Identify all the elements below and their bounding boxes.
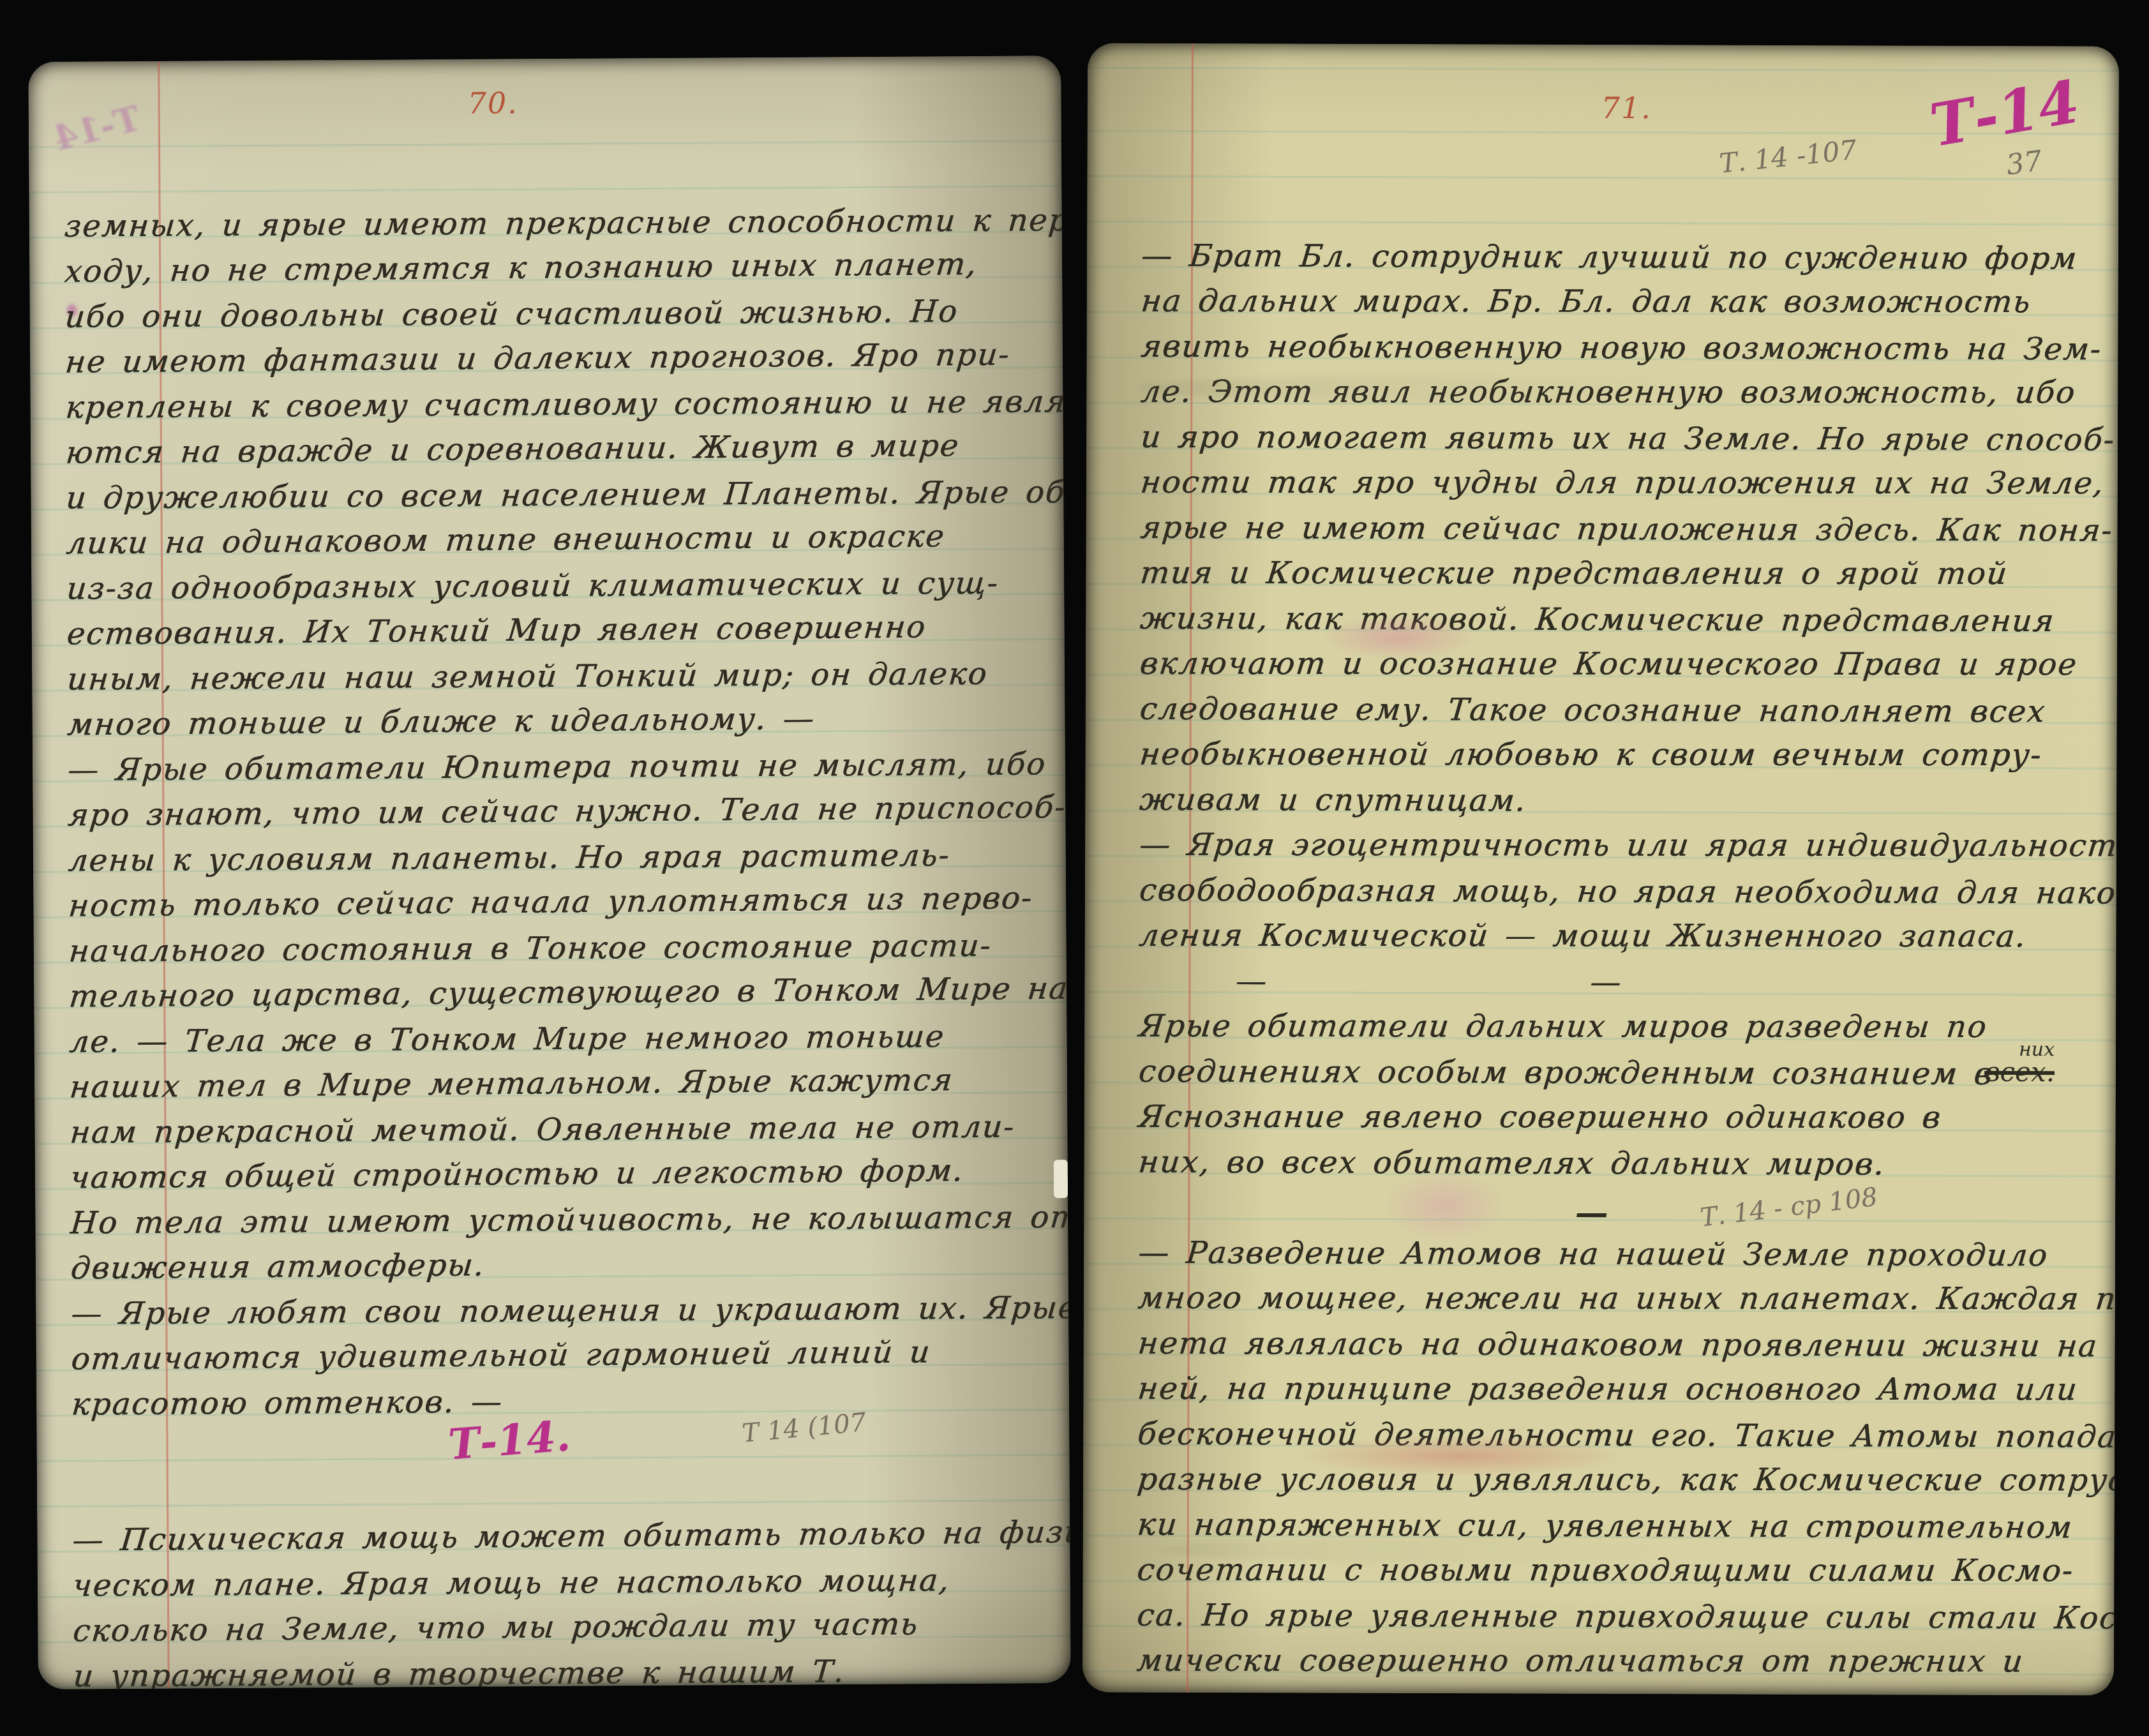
handwriting-line: нета являлась на одинаковом проявлении ж… [1135, 1322, 2097, 1371]
handwriting-line: явить необыкновенную новую возможность н… [1139, 325, 2100, 374]
handwriting-line: ле. — Тела же в Тонком Мире немного тонь… [68, 1015, 1029, 1066]
handwriting-right-column: — Брат Бл. сотрудник лучший по суждению … [1137, 235, 2099, 1688]
handwriting-line: живам и спутницам. [1137, 779, 2099, 827]
archive-pencil-note: Т. 14 -107 [1718, 134, 1859, 179]
handwriting-line: яро знают, что им сейчас нужно. Тела не … [66, 786, 1028, 839]
paragraph-dash: — [1573, 1193, 1612, 1232]
handwriting-line: не имеют фантазии и далеких прогнозов. Я… [63, 333, 1025, 386]
handwriting-line: ности так яро чудны для приложения их на… [1138, 461, 2100, 508]
handwriting-line: тельного царства, существующего в Тонком… [67, 968, 1029, 1021]
handwriting-line [1136, 1186, 2099, 1233]
handwriting-line: ле. Этот явил необыкновенную возможность… [1139, 371, 2101, 417]
handwriting-line: жизни, как таковой. Космические представ… [1138, 597, 2099, 646]
handwriting-line: са. Но ярые уявленные привходящие силы с… [1135, 1594, 2096, 1643]
struck-word: всех. [1914, 1058, 2055, 1087]
handwriting-line: креплены к своему счастливому состоянию … [64, 380, 1025, 431]
handwriting-line: Но тела эти имеют устойчивость, не колыш… [68, 1196, 1030, 1247]
ink-transfer-ghost-mark: Т-14 [52, 96, 142, 159]
handwriting-line: Яснознание явлено совершенно одинаково в [1136, 1096, 2099, 1142]
correction-insertion: них всех. [1914, 1042, 2055, 1087]
handwriting-line: — Разведение Атомов на нашей Земле прохо… [1136, 1232, 2097, 1280]
handwriting-line: наших тел в Мире ментальном. Ярые кажутс… [68, 1058, 1030, 1111]
handwriting-line: ки напряженных сил, уявленных на строите… [1135, 1504, 2097, 1552]
notebook-page-right: 71. Т-14 Т. 14 -107 37 — Брат Бл. сотруд… [1082, 43, 2119, 1695]
handwriting-line: них, во всех обитателях дальних миров. [1136, 1141, 2097, 1190]
handwriting-line: нам прекрасной мечтой. Оявленные тела не… [68, 1105, 1030, 1156]
handwriting-line: бесконечной деятельности его. Такие Атом… [1135, 1413, 2097, 1462]
handwriting-line: — Психическая мощь может обитать только … [70, 1511, 1032, 1564]
handwriting-line [70, 1468, 1031, 1519]
handwriting-line: сколько на Земле, что мы рождали ту част… [71, 1602, 1033, 1655]
handwriting-line: сочетании с новыми привходящими силами К… [1135, 1549, 2097, 1596]
handwriting-line: движения атмосферы. [68, 1239, 1030, 1292]
t14-marker-stamp: Т-14 [1925, 67, 2085, 160]
handwriting-line: иным, нежели наш земной Тонкий мир; он д… [65, 652, 1026, 703]
handwriting-line: следование ему. Такое осознание наполняе… [1138, 688, 2099, 737]
handwriting-line: ность только сейчас начала уплотняться и… [66, 877, 1028, 930]
handwriting-line: и упражняемой в творчестве к нашим Т. [71, 1649, 1033, 1689]
handwriting-line: ления Космической — мощи Жизненного запа… [1137, 915, 2099, 961]
handwriting-line: чаются общей стройностью и легкостью фор… [68, 1149, 1030, 1202]
handwriting-line: начального состояния в Тонкое состояние … [67, 924, 1028, 975]
handwriting-line: земных, и ярые имеют прекрасные способно… [63, 199, 1024, 250]
handwriting-line: ярые не имеют сейчас приложения здесь. К… [1138, 507, 2099, 555]
handwriting-line: включают и осознание Космического Права … [1137, 643, 2100, 689]
handwriting-line: ествования. Их Тонкий Мир явлен совершен… [64, 605, 1026, 658]
handwriting-line: ческом плане. Ярая мощь не настолько мощ… [71, 1559, 1032, 1610]
handwriting-left-column: земных, и ярые имеют прекрасные способно… [64, 199, 1031, 1689]
handwriting-line: необыкновенной любовью к своим вечным со… [1137, 733, 2100, 780]
handwriting-line: ются на вражде и соревновании. Живут в м… [64, 424, 1026, 477]
handwriting-line: лены к условиям планеты. Но ярая растите… [66, 834, 1028, 885]
notebook-page-left: Т-14 70. земных, и ярые имеют прекрасные… [28, 56, 1071, 1689]
handwriting-line: отличаются удивительной гармонией линий … [69, 1330, 1031, 1383]
handwriting-line: разные условия и уявлялись, как Космичес… [1135, 1458, 2097, 1505]
page-number-71: 71. [1601, 91, 1652, 125]
handwriting-line: много тоньше и ближе к идеальному. — [65, 696, 1027, 749]
handwriting-line: — Ярые любят свои помещения и украшают и… [69, 1287, 1030, 1338]
paper-tear [1054, 1160, 1068, 1198]
handwriting-line: и яро помогает явить их на Земле. Но яры… [1139, 416, 2100, 465]
handwriting-line: лики на одинаковом типе внешности и окра… [64, 514, 1026, 567]
handwriting-line: мически совершенно отличаться от прежних… [1134, 1640, 2097, 1686]
handwriting-line: — Ярая эгоцентричность или ярая индивиду… [1137, 824, 2099, 871]
handwriting-line: — Ярые обитатели Юпитера почти не мыслят… [66, 743, 1027, 794]
handwriting-line: много мощнее, нежели на иных планетах. К… [1135, 1277, 2098, 1324]
handwriting-line: и дружелюбии со всем населением Планеты.… [64, 471, 1026, 522]
page-number-70: 70. [467, 86, 518, 120]
handwriting-line: ибо они довольны своей счастливой жизнью… [63, 290, 1024, 341]
handwriting-line: тия и Космические представления о ярой т… [1138, 552, 2100, 599]
handwriting-line: свободообразная мощь, но ярая необходима… [1137, 869, 2099, 918]
handwriting-line: — — [1137, 960, 2098, 1008]
pencil-page-count: 37 [2004, 145, 2044, 182]
handwriting-line: ней, на принципе разведения основного Ат… [1135, 1368, 2098, 1414]
handwriting-line: из-за однообразных условий климатических… [64, 562, 1026, 613]
t14-pink-stamp: Т-14. [447, 1410, 573, 1469]
handwriting-line: — Брат Бл. сотрудник лучший по суждению … [1139, 235, 2100, 283]
handwriting-line: на дальних мирах. Бр. Бл. дал как возмож… [1139, 280, 2101, 327]
handwriting-line: ходу, но не стремятся к познанию иных пл… [63, 243, 1024, 296]
